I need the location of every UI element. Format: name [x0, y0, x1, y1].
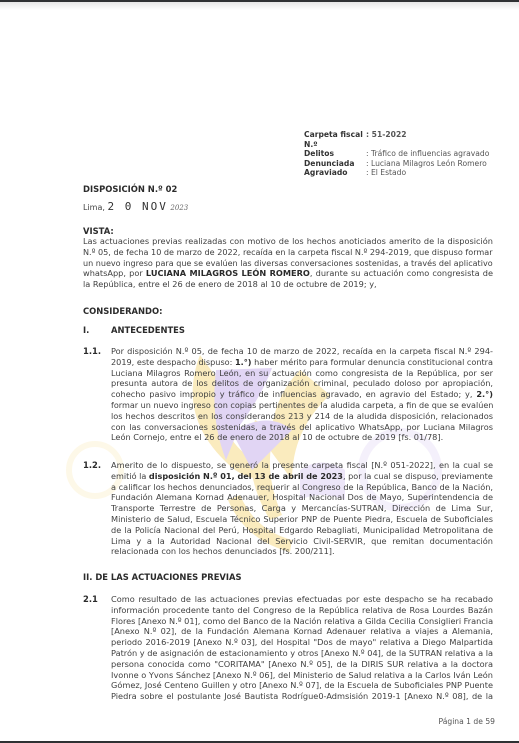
accused-label: Denunciada	[304, 159, 366, 169]
text-line: cohecho pasivo impropio y tráfico de inf…	[111, 389, 493, 400]
accused-row: Denunciada : Luciana Milagros León Romer…	[304, 159, 489, 169]
text-line: whatsApp, por LUCIANA MILAGROS LEÓN ROME…	[83, 268, 493, 279]
text-line: formar un nuevo ingreso con copias perti…	[111, 400, 488, 411]
paragraph-2-1: Como resultado de las actuaciones previa…	[111, 594, 493, 702]
text-line: persona conocida como "CORITAMA" [Anexo …	[111, 659, 493, 670]
text-line: Ivonne o Yvons Sánchez [Anexo N.º 06], d…	[111, 670, 493, 681]
paragraph-1-2: Amerito de lo dispuesto, se generó la pr…	[111, 460, 493, 557]
text-line: Flores [Anexo N.º 01], como del Banco de…	[111, 616, 492, 627]
text-line: Patrón y de asignación de estacionamient…	[111, 648, 493, 659]
paragraph-2-1-number: 2.1	[83, 594, 98, 604]
text-fragment: , por la cual se dispuso, previamente	[343, 471, 493, 481]
page-number: Página 1 de 59	[438, 717, 495, 726]
text-line: Ministerio de Salud, Escuela Técnico Sup…	[111, 514, 493, 525]
text-line: un nuevo ingreso para que se evalúen las…	[83, 258, 486, 269]
text-line: Gómez, José Centeno Guillen y otro [Anex…	[111, 680, 493, 691]
text-line: Lima y a la Autoridad Nacional del Servi…	[111, 536, 493, 547]
aggrieved-row: Agraviado : El Estado	[304, 168, 489, 178]
text-fragment: haber mérito para formular denuncia cons…	[252, 357, 494, 367]
section-2-heading: II. DE LAS ACTUACIONES PREVIAS	[83, 572, 242, 582]
vista-heading: VISTA:	[83, 226, 114, 236]
text-line: Amerito de lo dispuesto, se generó la pr…	[111, 460, 493, 471]
ordinal-bold: 2.°)	[476, 389, 493, 399]
text-line: relacionada con los hechos denunciados […	[111, 546, 493, 557]
text-fragment: emitió la	[111, 471, 146, 481]
text-line: Como resultado de las actuaciones previa…	[111, 594, 493, 605]
accused-value: : Luciana Milagros León Romero	[366, 159, 487, 169]
paragraph-1-2-number: 1.2.	[83, 460, 101, 470]
text-line: Piedra sobre el postulante José Bautista…	[111, 691, 493, 702]
text-line: de la Policía Nacional del Perú, Hospita…	[111, 525, 493, 536]
text-line: Fundación Alemana Kornad Adenauer, Hospi…	[111, 492, 493, 503]
crimes-label: Delitos	[304, 149, 366, 159]
text-line: emitió la disposición N.º 01, del 13 de …	[111, 471, 489, 482]
case-number-label: Carpeta fiscal N.º	[304, 130, 366, 149]
aggrieved-value: : El Estado	[366, 168, 406, 178]
text-line: Las actuaciones previas realizadas con m…	[83, 236, 493, 247]
case-header: Carpeta fiscal N.º : 51-2022 Delitos : T…	[304, 130, 489, 178]
text-fragment: whatsApp, por	[83, 268, 143, 278]
text-line: a calificar los hechos denunciados, requ…	[111, 482, 493, 493]
text-line: la República, entre el 26 de enero de 20…	[83, 279, 493, 290]
document-page: Carpeta fiscal N.º : 51-2022 Delitos : T…	[0, 0, 519, 743]
text-line: con las conversaciones sostenidas, a tra…	[111, 422, 493, 433]
text-line: presunta autora de los delitos de organi…	[111, 378, 493, 389]
crimes-row: Delitos : Tráfico de influencias agravad…	[304, 149, 489, 159]
text-line: Transporte Terrestre de Personas, Carga …	[111, 503, 493, 514]
text-line: los hechos descritos en los considerando…	[111, 411, 493, 422]
date-stamp: 2 0 NOV	[107, 200, 167, 213]
text-line: periodo 2016-2019 [Anexo N.º 03], del Ho…	[111, 637, 493, 648]
place: Lima,	[83, 203, 105, 212]
section-1-heading: ANTECEDENTES	[111, 325, 185, 335]
text-fragment: cohecho pasivo impropio y tráfico de inf…	[111, 389, 473, 399]
text-line: Por disposición N.º 05, de fecha 10 de m…	[111, 346, 493, 357]
text-line: Luciana Milagros Romero León, en su actu…	[111, 368, 493, 379]
accused-name-bold: LUCIANA MILAGROS LEÓN ROMERO	[146, 268, 310, 278]
text-fragment: , durante su actuación como congresista …	[310, 268, 493, 278]
text-line: información procedente tanto del Congres…	[111, 605, 493, 616]
section-1-number: I.	[83, 325, 89, 335]
text-line: [Anexo N.º 02], de la Fundación Alemana …	[111, 626, 493, 637]
vista-paragraph: Las actuaciones previas realizadas con m…	[83, 236, 493, 290]
case-number-row: Carpeta fiscal N.º : 51-2022	[304, 130, 489, 149]
date-stamp-year: 2023	[170, 204, 188, 212]
considerando-heading: CONSIDERANDO:	[83, 306, 162, 316]
place-date: Lima, 2 0 NOV 2023	[83, 202, 188, 213]
document-title: DISPOSICIÓN N.º 02	[83, 184, 177, 194]
disposition-ref-bold: disposición N.º 01, del 13 de abril de 2…	[149, 471, 343, 481]
text-fragment: 2019, este despacho dispuso:	[111, 357, 232, 367]
ordinal-bold: 1.°)	[235, 357, 252, 367]
text-line: 2019, este despacho dispuso: 1.°) haber …	[111, 357, 490, 368]
case-number-value: : 51-2022	[366, 130, 407, 149]
text-line: N.º 05, de fecha 10 de marzo de 2022, re…	[83, 247, 488, 258]
paragraph-1-1-number: 1.1.	[83, 346, 101, 356]
crimes-value: : Tráfico de influencias agravado	[366, 149, 489, 159]
aggrieved-label: Agraviado	[304, 168, 366, 178]
text-line: León Cornejo, entre el 26 de enero de 20…	[111, 432, 493, 443]
paragraph-1-1: Por disposición N.º 05, de fecha 10 de m…	[111, 346, 493, 443]
